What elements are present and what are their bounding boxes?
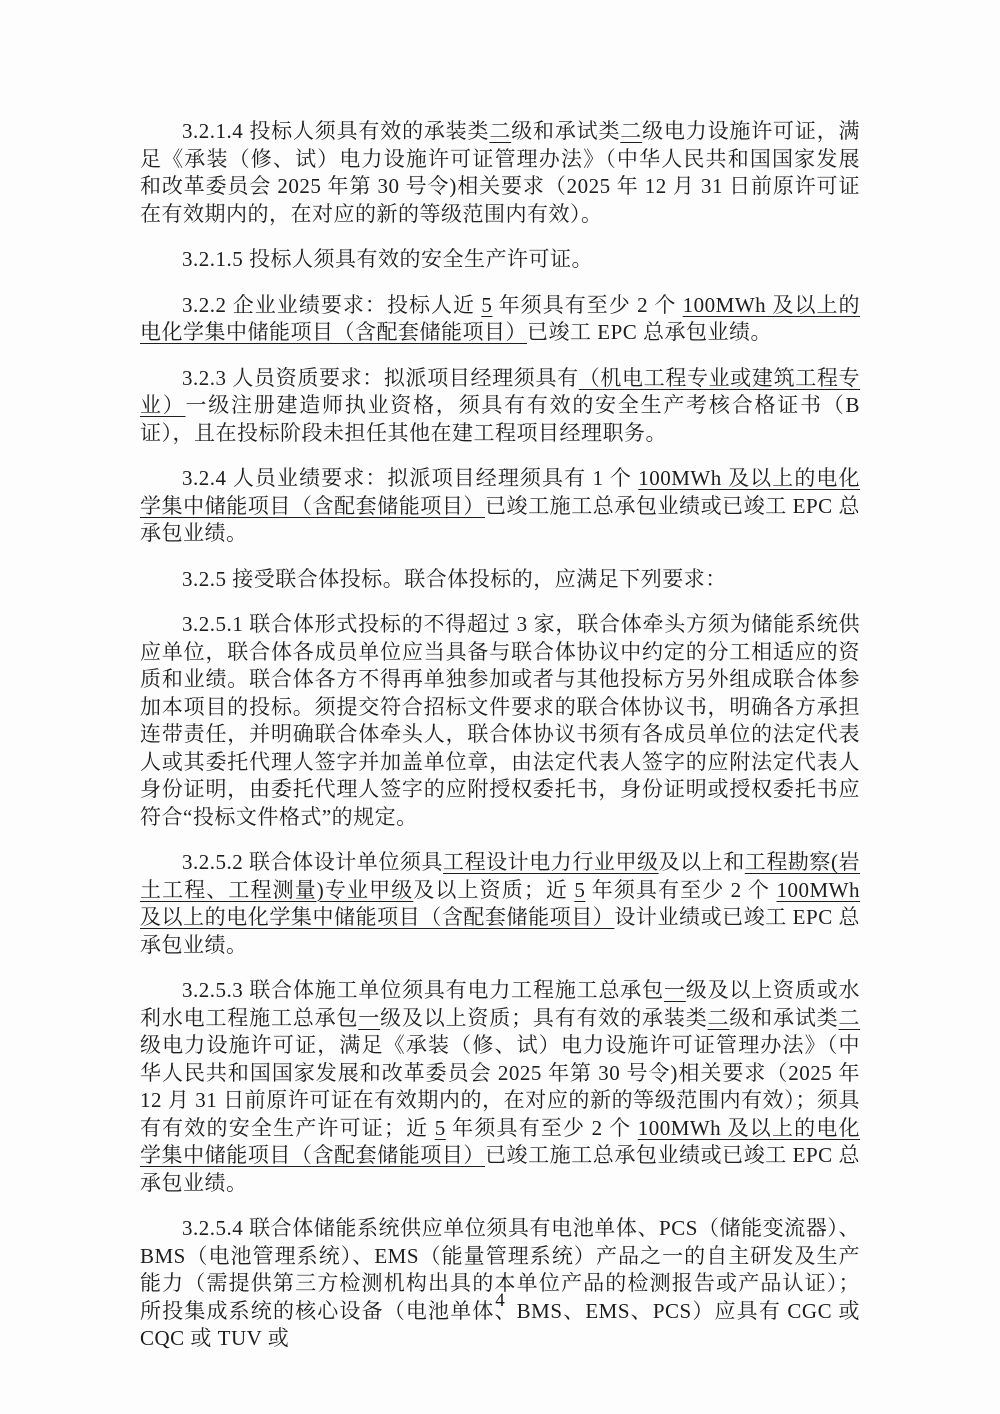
clause-3-2-1-5: 3.2.1.5 投标人须具有效的安全生产许可证。 bbox=[140, 246, 860, 274]
clause-3-2-5-1: 3.2.5.1 联合体形式投标的不得超过 3 家，联合体牵头方须为储能系统供应单… bbox=[140, 611, 860, 831]
underlined-segment: 二 bbox=[620, 119, 642, 143]
page-number: 4 bbox=[0, 1290, 1000, 1312]
text-segment: 3.2.1.4 投标人须具有效的承装类 bbox=[182, 119, 489, 143]
text-segment: 级和承试类 bbox=[729, 1006, 838, 1030]
text-segment: 及以上资质；近 bbox=[413, 878, 574, 902]
document-body: 3.2.1.4 投标人须具有效的承装类二级和承试类二级电力设施许可证，满足《承装… bbox=[140, 118, 860, 1371]
text-segment: 已竣工 EPC 总承包业绩。 bbox=[527, 320, 772, 344]
clause-3-2-5-3: 3.2.5.3 联合体施工单位须具有电力工程施工总承包一级及以上资质或水利水电工… bbox=[140, 977, 860, 1197]
underlined-segment: 一 bbox=[664, 978, 686, 1002]
text-segment: 3.2.5.4 联合体储能系统供应单位须具有电池单体、PCS（储能变流器）、BM… bbox=[140, 1216, 860, 1350]
text-segment: 级及以上资质；具有有效的承装类 bbox=[380, 1006, 707, 1030]
underlined-segment: 5 bbox=[574, 878, 585, 902]
text-segment: 级和承试类 bbox=[511, 119, 620, 143]
underlined-segment: 工程设计电力行业甲级 bbox=[443, 850, 659, 874]
clause-3-2-5: 3.2.5 接受联合体投标。联合体投标的，应满足下列要求： bbox=[140, 566, 860, 594]
clause-3-2-2: 3.2.2 企业业绩要求：投标人近 5 年须具有至少 2 个 100MWh 及以… bbox=[140, 292, 860, 347]
text-segment: 3.2.5.3 联合体施工单位须具有电力工程施工总承包 bbox=[182, 978, 664, 1002]
underlined-segment: 二 bbox=[708, 1006, 730, 1030]
clause-3-2-1-4: 3.2.1.4 投标人须具有效的承装类二级和承试类二级电力设施许可证，满足《承装… bbox=[140, 118, 860, 228]
underlined-segment: 一 bbox=[358, 1006, 380, 1030]
underlined-segment: 二 bbox=[489, 119, 511, 143]
text-segment: 年须具有至少 2 个 bbox=[446, 1116, 638, 1140]
text-segment: 一级注册建造师执业资格，须具有有效的安全生产考核合格证书（B 证），且在投标阶段… bbox=[140, 393, 860, 445]
underlined-segment: 5 bbox=[435, 1116, 446, 1140]
clause-3-2-4: 3.2.4 人员业绩要求：拟派项目经理须具有 1 个 100MWh 及以上的电化… bbox=[140, 465, 860, 548]
text-segment: 3.2.5.1 联合体形式投标的不得超过 3 家，联合体牵头方须为储能系统供应单… bbox=[140, 612, 860, 829]
underlined-segment: 5 bbox=[481, 293, 492, 317]
underlined-segment: 二 bbox=[839, 1006, 861, 1030]
text-segment: 3.2.3 人员资质要求：拟派项目经理须具有 bbox=[182, 366, 579, 390]
text-segment: 3.2.5 接受联合体投标。联合体投标的，应满足下列要求： bbox=[182, 567, 727, 591]
text-segment: 及以上和 bbox=[659, 850, 745, 874]
clause-3-2-5-4: 3.2.5.4 联合体储能系统供应单位须具有电池单体、PCS（储能变流器）、BM… bbox=[140, 1215, 860, 1353]
text-segment: 年须具有至少 2 个 bbox=[585, 878, 776, 902]
clause-3-2-3: 3.2.3 人员资质要求：拟派项目经理须具有（机电工程专业或建筑工程专业）一级注… bbox=[140, 365, 860, 448]
text-segment: 3.2.1.5 投标人须具有效的安全生产许可证。 bbox=[182, 247, 593, 271]
clause-3-2-5-2: 3.2.5.2 联合体设计单位须具工程设计电力行业甲级及以上和工程勘察(岩土工程… bbox=[140, 849, 860, 959]
text-segment: 年须具有至少 2 个 bbox=[492, 293, 682, 317]
text-segment: 3.2.4 人员业绩要求：拟派项目经理须具有 1 个 bbox=[182, 466, 638, 490]
document-page: 3.2.1.4 投标人须具有效的承装类二级和承试类二级电力设施许可证，满足《承装… bbox=[0, 0, 1000, 1414]
text-segment: 3.2.5.2 联合体设计单位须具 bbox=[182, 850, 443, 874]
text-segment: 3.2.2 企业业绩要求：投标人近 bbox=[182, 293, 481, 317]
